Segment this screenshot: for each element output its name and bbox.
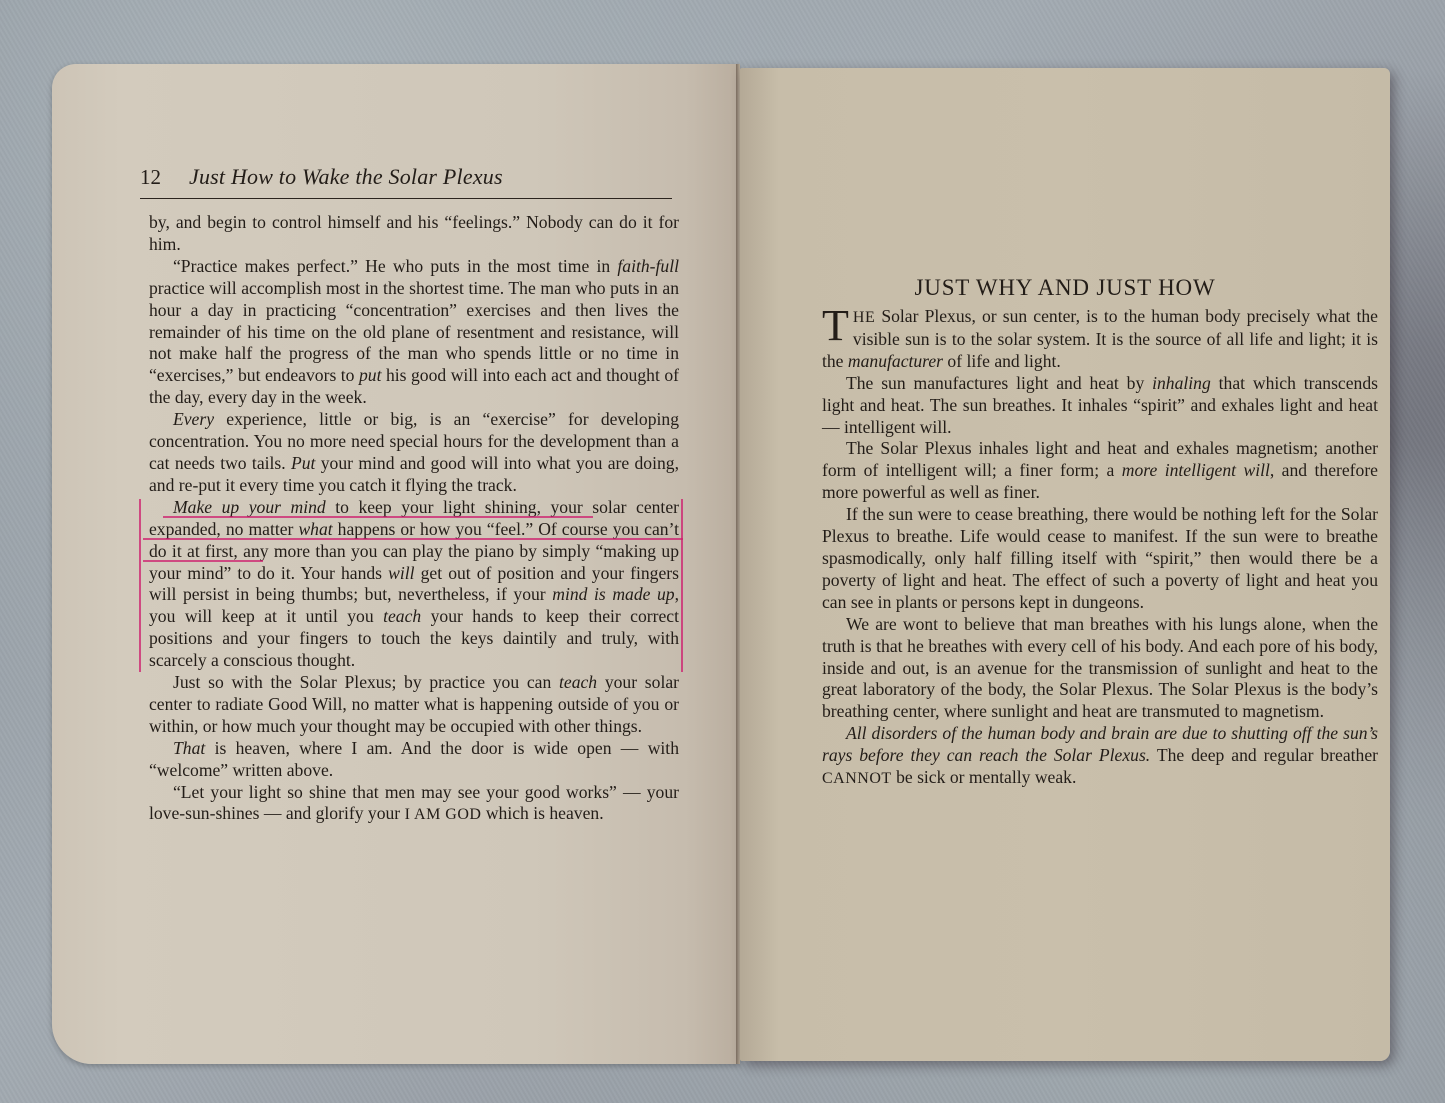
italic-text: inhaling — [1152, 373, 1211, 393]
paragraph: All disorders of the human body and brai… — [822, 723, 1378, 790]
italic-text: teach — [559, 672, 597, 692]
text-run: by, and begin to control himself and his… — [149, 212, 679, 254]
italic-text: faith-full — [617, 256, 679, 276]
paragraph: by, and begin to control himself and his… — [149, 212, 679, 256]
text-run: HE — [853, 309, 875, 326]
paragraph: That is heaven, where I am. And the door… — [149, 738, 679, 782]
paragraph: Just so with the Solar Plexus; by practi… — [149, 672, 679, 738]
text-run: is heaven, where I am. And the door is w… — [149, 738, 679, 780]
paragraph: If the sun were to cease breathing, ther… — [822, 504, 1378, 614]
pink-underline — [143, 560, 263, 562]
text-run: Just so with the Solar Plexus; by practi… — [173, 672, 559, 692]
paragraph: “Practice makes perfect.” He who puts in… — [149, 256, 679, 409]
page-number: 12 — [140, 165, 161, 190]
running-head: 12 Just How to Wake the Solar Plexus — [140, 164, 672, 199]
text-run: We are wont to believe that man breathes… — [822, 614, 1378, 722]
left-page: 12 Just How to Wake the Solar Plexus by,… — [52, 64, 740, 1064]
running-title: Just How to Wake the Solar Plexus — [189, 164, 503, 190]
italic-text: manufacturer — [848, 351, 943, 371]
paragraph: THE Solar Plexus, or sun center, is to t… — [822, 306, 1378, 373]
italic-text: Every — [173, 409, 214, 429]
pink-underline — [163, 516, 593, 518]
right-body-text: THE Solar Plexus, or sun center, is to t… — [822, 306, 1378, 790]
text-run: The deep and regular breather — [1150, 745, 1378, 765]
text-run: The sun manufactures light and heat by — [846, 373, 1152, 393]
drop-cap: T — [822, 308, 849, 344]
pink-marker-bracket — [139, 499, 683, 672]
paragraph: The sun manufactures light and heat by i… — [822, 373, 1378, 439]
left-body-text: by, and begin to control himself and his… — [149, 212, 679, 826]
text-run: “Practice makes perfect.” He who puts in… — [173, 256, 617, 276]
paragraph: We are wont to believe that man breathes… — [822, 614, 1378, 724]
paragraph: The Solar Plexus inhales light and heat … — [822, 438, 1378, 504]
pink-underline — [143, 538, 683, 540]
text-run: If the sun were to cease breathing, ther… — [822, 504, 1378, 612]
italic-text: That — [173, 738, 205, 758]
paragraph: “Let your light so shine that men may se… — [149, 782, 679, 827]
text-run: I AM GOD — [405, 806, 482, 823]
text-run: CANNOT — [822, 770, 892, 787]
chapter-title: JUST WHY AND JUST HOW — [740, 275, 1390, 301]
italic-text: more intelligent will — [1122, 460, 1270, 480]
highlighted-paragraph: Make up your mind to keep your light shi… — [149, 497, 679, 672]
italic-text: put — [359, 365, 381, 385]
italic-text: Put — [291, 453, 315, 473]
right-page: JUST WHY AND JUST HOW THE Solar Plexus, … — [740, 68, 1390, 1061]
text-run: be sick or mentally weak. — [892, 767, 1077, 787]
text-run: of life and light. — [943, 351, 1061, 371]
text-run: which is heaven. — [481, 803, 603, 823]
paragraph: Every experience, little or big, is an “… — [149, 409, 679, 497]
